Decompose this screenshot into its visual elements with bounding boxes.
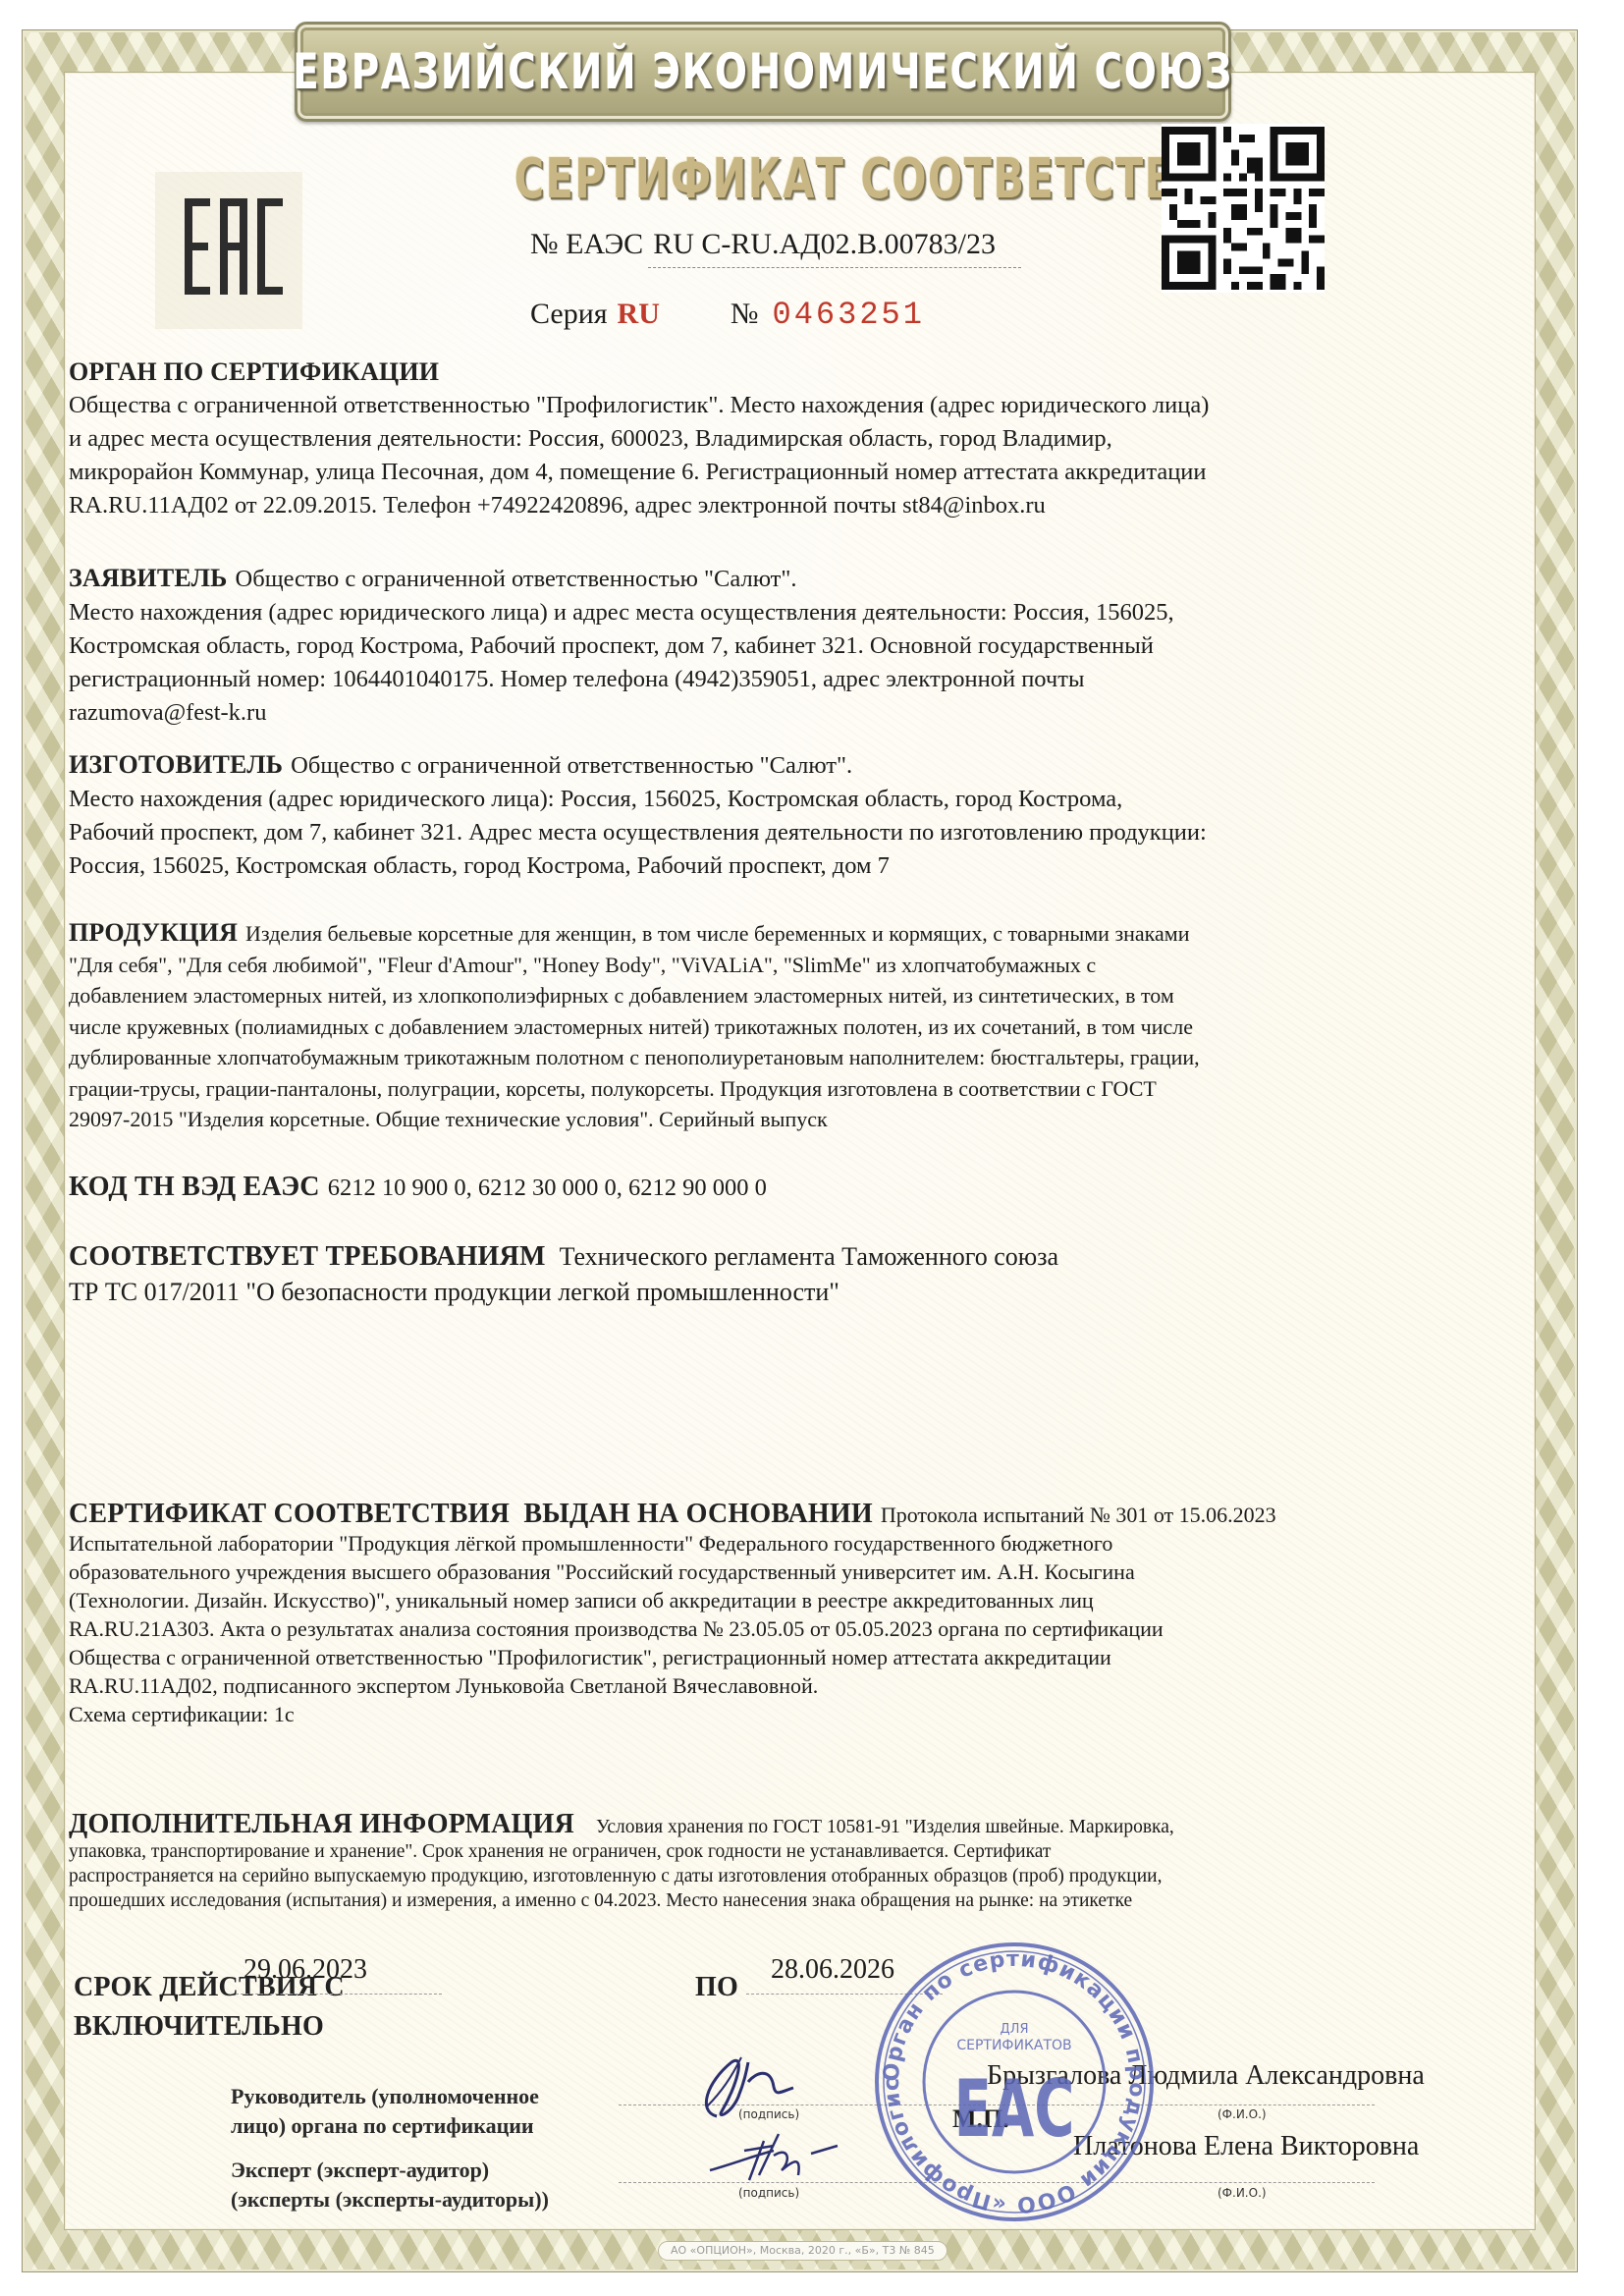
manufacturer-line: Россия, 156025, Костромская область, гор…: [69, 849, 1522, 883]
product-section: ПРОДУКЦИЯИзделия бельевые корсетные для …: [69, 917, 1522, 1135]
compliance-regulation: Технического регламента Таможенного союз…: [560, 1242, 1058, 1271]
svg-text:СЕРТИФИКАТОВ: СЕРТИФИКАТОВ: [956, 2038, 1071, 2053]
expert-role-line: Эксперт (эксперт-аудитор): [231, 2156, 549, 2185]
manufacturer-name: Общество с ограниченной ответственностью…: [291, 752, 852, 779]
series-label: Серия: [530, 298, 608, 330]
applicant-line: Место нахождения (адрес юридического лиц…: [69, 596, 1522, 629]
additional-info-line: распространяется на серийно выпускаемую …: [69, 1864, 1522, 1888]
product-line: дублированные хлопчатобумажным трикотажн…: [69, 1042, 1522, 1073]
valid-from-line: [236, 1994, 442, 1995]
compliance-regulation-title: ТР ТС 017/2011 "О безопасности продукции…: [69, 1275, 1522, 1310]
basis-section: СЕРТИФИКАТ СООТВЕТСТВИЯ ВЫДАН НА ОСНОВАН…: [69, 1500, 1522, 1728]
valid-to-label: ПО: [695, 1972, 738, 2003]
basis-protocol: Протокола испытаний № 301 от 15.06.2023: [881, 1503, 1276, 1527]
basis-line: Общества с ограниченной ответственностью…: [69, 1643, 1522, 1671]
applicant-section: ЗАЯВИТЕЛЬОбщество с ограниченной ответст…: [69, 562, 1522, 730]
compliance-heading: СООТВЕТСТВУЕТ ТРЕБОВАНИЯМ: [69, 1241, 546, 1272]
union-title: ЕВРАЗИЙСКИЙ ЭКОНОМИЧЕСКИЙ СОЮЗ: [293, 43, 1233, 100]
product-heading: ПРОДУКЦИЯ: [69, 918, 238, 947]
certification-body-heading: ОРГАН ПО СЕРТИФИКАЦИИ: [69, 355, 1522, 389]
certification-body-line: Общества с ограниченной ответственностью…: [69, 389, 1522, 422]
number-underline: [648, 267, 1021, 268]
certification-body-line: и адрес места осуществления деятельности…: [69, 422, 1522, 456]
basis-line: (Технологии. Дизайн. Искусство)", уникал…: [69, 1586, 1522, 1614]
applicant-heading: ЗАЯВИТЕЛЬ: [69, 564, 228, 592]
expert-role-label: Эксперт (эксперт-аудитор) (эксперты (экс…: [231, 2156, 549, 2214]
additional-info-section: ДОПОЛНИТЕЛЬНАЯ ИНФОРМАЦИЯУсловия хранени…: [69, 1812, 1522, 1913]
basis-line: RA.RU.11АД02, подписанного экспертом Лун…: [69, 1671, 1522, 1700]
additional-info-line: прошедших исследования (испытания) и изм…: [69, 1888, 1522, 1913]
validity-heading-inclusive: ВКЛЮЧИТЕЛЬНО: [74, 2011, 324, 2043]
manufacturer-section: ИЗГОТОВИТЕЛЬОбщество с ограниченной отве…: [69, 748, 1522, 883]
applicant-name: Общество с ограниченной ответственностью…: [236, 566, 797, 592]
basis-line: образовательного учреждения высшего обра…: [69, 1558, 1522, 1586]
blank-number-value: 0463251: [773, 297, 925, 333]
head-role-line: Руководитель (уполномоченное: [231, 2082, 539, 2111]
svg-text:ДЛЯ: ДЛЯ: [1001, 2022, 1029, 2037]
svg-text:ЕАС: ЕАС: [954, 2064, 1075, 2156]
expert-role-line: (эксперты (эксперты-аудиторы)): [231, 2185, 549, 2214]
certification-body-section: ОРГАН ПО СЕРТИФИКАЦИИ Общества с огранич…: [69, 355, 1522, 522]
certification-body-line: микрорайон Коммунар, улица Песочная, дом…: [69, 456, 1522, 489]
blank-number-label: №: [731, 298, 759, 330]
expert-fio-caption: (Ф.И.О.): [1218, 2186, 1267, 2200]
hs-code-value: 6212 10 900 0, 6212 30 000 0, 6212 90 00…: [328, 1175, 767, 1201]
certification-body-line: RA.RU.11АД02 от 22.09.2015. Телефон +749…: [69, 489, 1522, 522]
hs-code-heading: КОД ТН ВЭД ЕАЭС: [69, 1172, 320, 1202]
head-signature-icon: [677, 2052, 825, 2121]
product-line: добавлением эластомерных нитей, из хлопк…: [69, 980, 1522, 1011]
series-row: СерияRU№0463251: [530, 297, 925, 333]
seal-stamp-icon: Орган по сертификации продукции ООО «Про…: [872, 1940, 1157, 2224]
valid-from-date: 29.06.2023: [244, 1954, 367, 1986]
eac-logo-icon: [185, 198, 283, 295]
head-role-line: лицо) органа по сертификации: [231, 2111, 539, 2141]
product-description: Изделия бельевые корсетные для женщин, в…: [245, 921, 1189, 946]
manufacturer-line: Рабочий проспект, дом 7, кабинет 321. Ад…: [69, 816, 1522, 849]
compliance-section: СООТВЕТСТВУЕТ ТРЕБОВАНИЯМТехнического ре…: [69, 1239, 1522, 1310]
product-line: числе кружевных (полиамидных с добавлени…: [69, 1011, 1522, 1043]
head-role-label: Руководитель (уполномоченное лицо) орган…: [231, 2082, 539, 2141]
product-line: грации-трусы, грации-панталоны, полуграц…: [69, 1073, 1522, 1105]
certificate-number: № ЕАЭСRU C-RU.АД02.В.00783/23: [530, 228, 996, 261]
applicant-email: razumova@fest-k.ru: [69, 696, 1522, 730]
printer-mark: АО «ОПЦИОН», Москва, 2020 г., «Б», Т3 № …: [658, 2241, 947, 2261]
hs-code-section: КОД ТН ВЭД ЕАЭС6212 10 900 0, 6212 30 00…: [69, 1171, 1522, 1205]
qr-code-icon: [1162, 124, 1325, 293]
basis-line: RA.RU.21А303. Акта о результатах анализа…: [69, 1614, 1522, 1643]
union-banner: ЕВРАЗИЙСКИЙ ЭКОНОМИЧЕСКИЙ СОЮЗ: [295, 22, 1231, 122]
series-value: RU: [618, 298, 660, 330]
applicant-line: Костромская область, город Кострома, Раб…: [69, 629, 1522, 663]
manufacturer-heading: ИЗГОТОВИТЕЛЬ: [69, 750, 283, 779]
additional-info-heading: ДОПОЛНИТЕЛЬНАЯ ИНФОРМАЦИЯ: [69, 1809, 574, 1839]
manufacturer-line: Место нахождения (адрес юридического лиц…: [69, 783, 1522, 816]
number-label: № ЕАЭС: [530, 228, 643, 260]
product-line: "Для себя", "Для себя любимой", "Fleur d…: [69, 950, 1522, 981]
product-line: 29097-2015 "Изделия корсетные. Общие тех…: [69, 1104, 1522, 1135]
document-title: СЕРТИФИКАТ СООТВЕТСТВИЯ: [514, 147, 1038, 211]
additional-info-storage: Условия хранения по ГОСТ 10581-91 "Издел…: [596, 1817, 1174, 1837]
expert-signature-caption: (подпись): [738, 2186, 799, 2200]
certification-scheme: Схема сертификации: 1с: [69, 1700, 1522, 1728]
applicant-line: регистрационный номер: 1064401040175. Но…: [69, 663, 1522, 696]
number-value: RU C-RU.АД02.В.00783/23: [653, 228, 996, 260]
basis-line: Испытательной лаборатории "Продукция лёг…: [69, 1529, 1522, 1558]
expert-signature-icon: [705, 2126, 842, 2185]
additional-info-line: упаковка, транспортирование и хранение".…: [69, 1839, 1522, 1864]
head-fio-caption: (Ф.И.О.): [1218, 2107, 1267, 2121]
basis-heading: СЕРТИФИКАТ СООТВЕТСТВИЯ ВЫДАН НА ОСНОВАН…: [69, 1499, 873, 1529]
